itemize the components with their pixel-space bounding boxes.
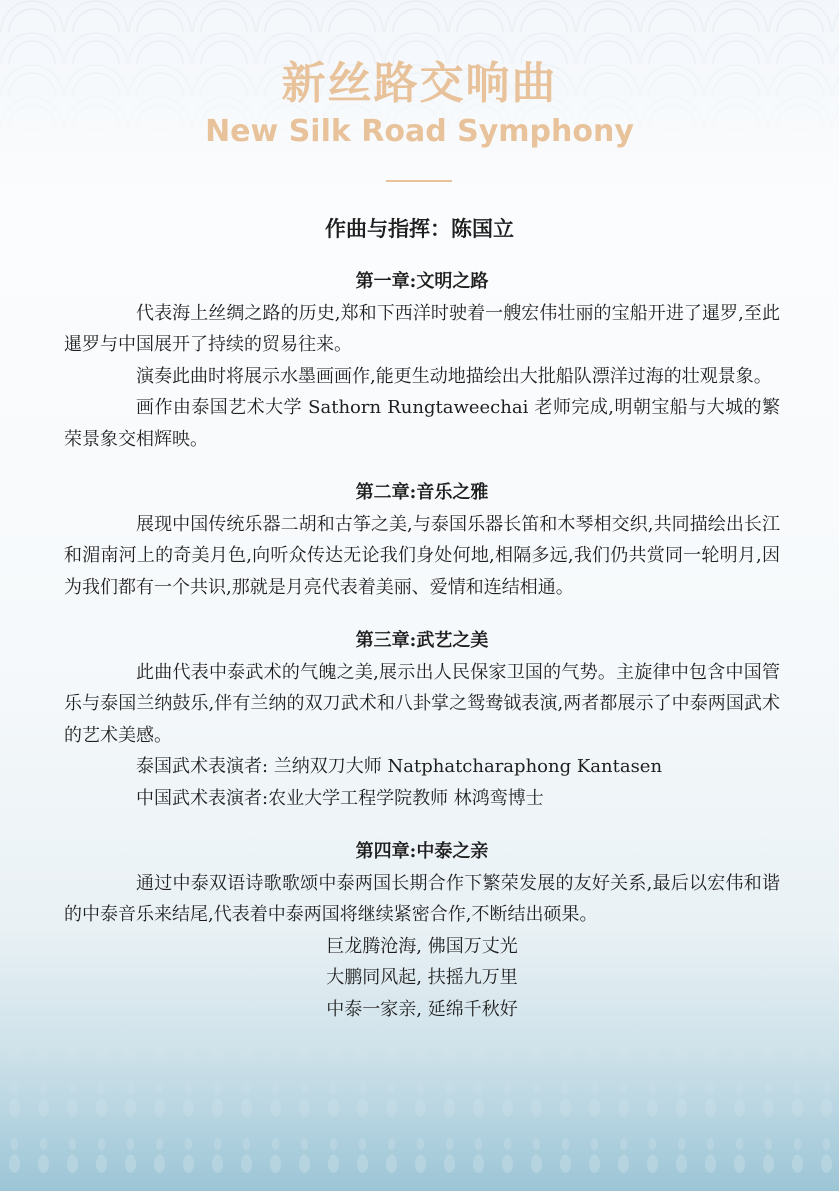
chapter-paragraph: 代表海上丝绸之路的历史,郑和下西洋时驶着一艘宏伟壮丽的宝船开进了暹罗,至此暹罗与… bbox=[64, 298, 780, 361]
poem-line: 中泰一家亲, 延绵千秋好 bbox=[64, 994, 780, 1026]
composer-conductor: 作曲与指挥：陈国立 bbox=[0, 214, 839, 244]
chapter-title: 第一章:文明之路 bbox=[64, 266, 780, 298]
poem-line: 巨龙腾沧海, 佛国万丈光 bbox=[64, 931, 780, 963]
chinese-performer: 中国武术表演者:农业大学工程学院教师 林鸿鸾博士 bbox=[64, 783, 780, 815]
chapter-paragraph: 通过中泰双语诗歌歌颂中泰两国长期合作下繁荣发展的友好关系,最后以宏伟和谐的中泰音… bbox=[64, 868, 780, 931]
chapter-4: 第四章:中泰之亲 通过中泰双语诗歌歌颂中泰两国长期合作下繁荣发展的友好关系,最后… bbox=[64, 836, 780, 1025]
chapter-title: 第二章:音乐之雅 bbox=[64, 477, 780, 509]
chapter-paragraph: 演奏此曲时将展示水墨画画作,能更生动地描绘出大批船队漂洋过海的壮观景象。 bbox=[64, 361, 780, 393]
chapter-paragraph: 展现中国传统乐器二胡和古筝之美,与泰国乐器长笛和木琴相交织,共同描绘出长江和湄南… bbox=[64, 509, 780, 604]
chapter-title: 第三章:武艺之美 bbox=[64, 625, 780, 657]
chapter-2: 第二章:音乐之雅 展现中国传统乐器二胡和古筝之美,与泰国乐器长笛和木琴相交织,共… bbox=[64, 477, 780, 603]
thai-performer: 泰国武术表演者: 兰纳双刀大师 Natphatcharaphong Kantas… bbox=[64, 751, 780, 783]
chapter-1: 第一章:文明之路 代表海上丝绸之路的历史,郑和下西洋时驶着一艘宏伟壮丽的宝船开进… bbox=[64, 266, 780, 455]
title-divider bbox=[386, 180, 452, 182]
chapter-paragraph: 画作由泰国艺术大学 Sathorn Rungtaweechai 老师完成,明朝宝… bbox=[64, 392, 780, 455]
thai-ornament-pattern-background bbox=[0, 1021, 839, 1191]
chapter-title: 第四章:中泰之亲 bbox=[64, 836, 780, 868]
title-chinese: 新丝路交响曲 bbox=[0, 56, 839, 112]
title-english: New Silk Road Symphony bbox=[0, 112, 839, 152]
program-content: 第一章:文明之路 代表海上丝绸之路的历史,郑和下西洋时驶着一艘宏伟壮丽的宝船开进… bbox=[64, 266, 780, 1025]
chapter-paragraph: 此曲代表中泰武术的气魄之美,展示出人民保家卫国的气势。主旋律中包含中国管乐与泰国… bbox=[64, 657, 780, 752]
poem-line: 大鹏同风起, 扶摇九万里 bbox=[64, 962, 780, 994]
chapter-3: 第三章:武艺之美 此曲代表中泰武术的气魄之美,展示出人民保家卫国的气势。主旋律中… bbox=[64, 625, 780, 814]
